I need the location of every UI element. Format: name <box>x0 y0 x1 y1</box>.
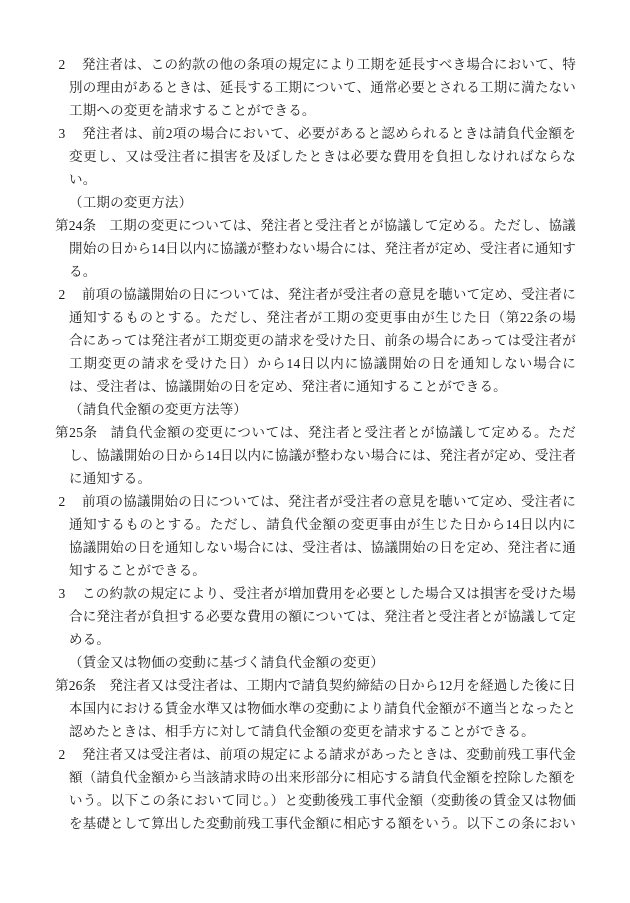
clause-text: 前項の協議開始の日については、発注者が受注者の意見を聴いて定め、受注者に通知する… <box>69 287 576 394</box>
paragraph-block: 2前項の協議開始の日については、発注者が受注者の意見を聴いて定め、受注者に通知す… <box>55 283 576 398</box>
clause-number: 第24条 <box>55 218 96 233</box>
clause-number: 2 <box>55 53 69 76</box>
clause-number: 2 <box>55 490 69 513</box>
clause-text: 発注者は、前2項の場合において、必要があると認められるときは請負代金額を変更し、… <box>69 126 576 187</box>
clause-text: 発注者又は受注者は、工期内で請負契約締結の日から12月を経過した後に日本国内にお… <box>69 678 576 739</box>
clause-number: 2 <box>55 283 69 306</box>
clause-number: 3 <box>55 582 69 605</box>
clause-number: 第25条 <box>55 425 98 440</box>
clause-text: （工期の変更方法） <box>69 195 192 210</box>
paragraph-block: 3発注者は、前2項の場合において、必要があると認められるときは請負代金額を変更し… <box>55 122 576 191</box>
document-body: 2発注者は、この約款の他の条項の規定により工期を延長すべき場合において、特別の理… <box>55 53 576 835</box>
clause-text: 前項の協議開始の日については、発注者が受注者の意見を聴いて定め、受注者に通知する… <box>69 494 576 578</box>
article-block: 第24条工期の変更については、発注者と受注者とが協議して定める。ただし、協議開始… <box>55 214 576 283</box>
clause-text: 発注者又は受注者は、前項の規定による請求があったときは、変動前残工事代金額（請負… <box>69 747 576 831</box>
article-block: 第26条発注者又は受注者は、工期内で請負契約締結の日から12月を経過した後に日本… <box>55 674 576 743</box>
paragraph-block: 2発注者は、この約款の他の条項の規定により工期を延長すべき場合において、特別の理… <box>55 53 576 122</box>
clause-text: （賃金又は物価の変動に基づく請負代金額の変更） <box>69 655 384 670</box>
clause-text: 工期の変更については、発注者と受注者とが協議して定める。ただし、協議開始の日から… <box>69 218 576 279</box>
document-page: 2発注者は、この約款の他の条項の規定により工期を延長すべき場合において、特別の理… <box>0 0 630 903</box>
clause-heading: （請負代金額の変更方法等） <box>55 398 576 421</box>
paragraph-block: 3この約款の規定により、受注者が増加費用を必要とした場合又は損害を受けた場合に発… <box>55 582 576 651</box>
paragraph-block: 2前項の協議開始の日については、発注者が受注者の意見を聴いて定め、受注者に通知す… <box>55 490 576 582</box>
clause-heading: （工期の変更方法） <box>55 191 576 214</box>
clause-heading: （賃金又は物価の変動に基づく請負代金額の変更） <box>55 651 576 674</box>
clause-text: 発注者は、この約款の他の条項の規定により工期を延長すべき場合において、特別の理由… <box>69 57 576 118</box>
clause-number: 2 <box>55 743 69 766</box>
clause-text: （請負代金額の変更方法等） <box>69 402 247 417</box>
clause-text: 請負代金額の変更については、発注者と受注者とが協議して定める。ただし、協議開始の… <box>69 425 576 486</box>
clause-number: 3 <box>55 122 69 145</box>
clause-text: この約款の規定により、受注者が増加費用を必要とした場合又は損害を受けた場合に発注… <box>69 586 576 647</box>
paragraph-block: 2発注者又は受注者は、前項の規定による請求があったときは、変動前残工事代金額（請… <box>55 743 576 835</box>
article-block: 第25条請負代金額の変更については、発注者と受注者とが協議して定める。ただし、協… <box>55 421 576 490</box>
clause-number: 第26条 <box>55 678 96 693</box>
